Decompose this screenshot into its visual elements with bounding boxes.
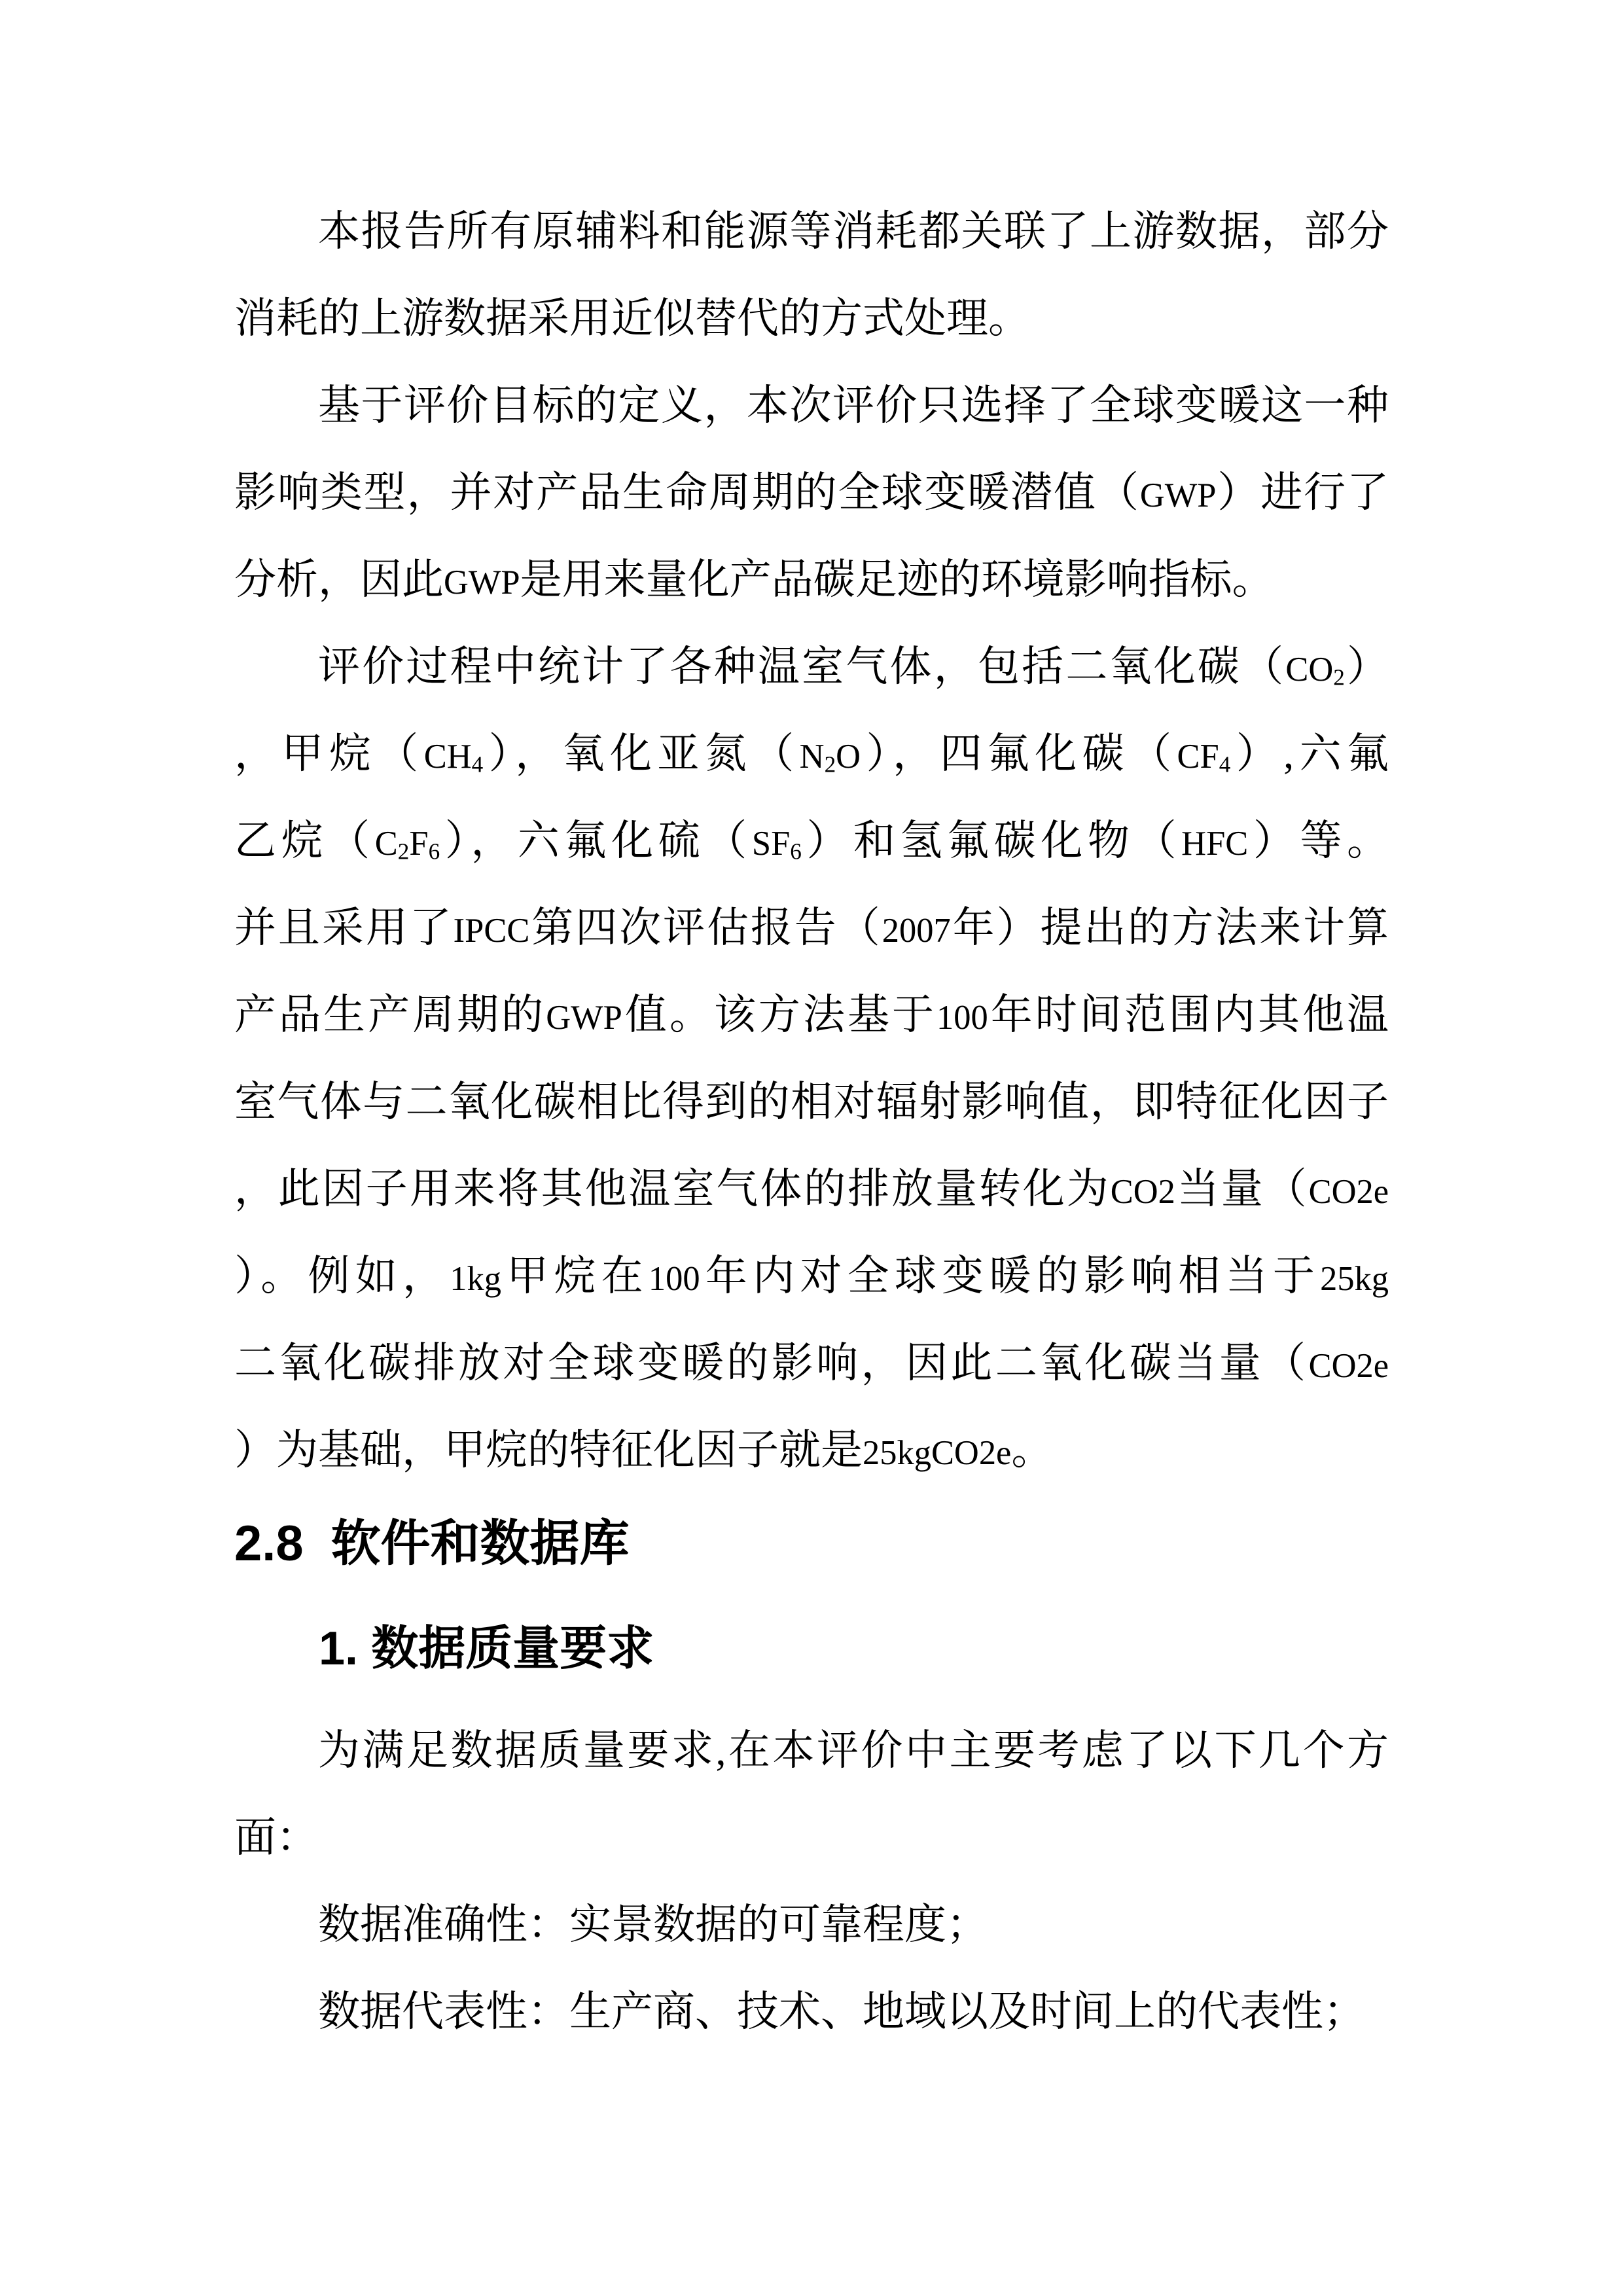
sub-heading-title: 数据质量要求: [371, 1623, 654, 1675]
text-line: 数据代表性：生产商、技术、地域以及时间上的代表性；: [234, 1968, 1389, 2055]
text-line: 数据准确性：实景数据的可靠程度；: [234, 1881, 1389, 1968]
text-line: 分析，因此GWP是用来量化产品碳足迹的环境影响指标。: [234, 536, 1389, 623]
text-line: ）。例如，1kg甲烷在100年内对全球变暖的影响相当于25kg: [234, 1232, 1389, 1319]
document-page: 本报告所有原辅料和能源等消耗都关联了上游数据，部分 消耗的上游数据采用近似替代的…: [0, 0, 1623, 2296]
text-line: 基于评价目标的定义，本次评价只选择了全球变暖这一种: [234, 362, 1389, 449]
paragraph: 数据准确性：实景数据的可靠程度；: [234, 1881, 1389, 1968]
text-line: 消耗的上游数据采用近似替代的方式处理。: [234, 275, 1389, 362]
text-line: 乙烷（C2F6），六氟化硫（SF6）和氢氟碳化物（HFC）等。: [234, 797, 1389, 884]
text-line: 影响类型，并对产品生命周期的全球变暖潜值（GWP）进行了: [234, 449, 1389, 536]
paragraph: 基于评价目标的定义，本次评价只选择了全球变暖这一种 影响类型，并对产品生命周期的…: [234, 362, 1389, 623]
section-heading: 2.8软件和数据库: [234, 1500, 1389, 1587]
text-line: ）为基础，甲烷的特征化因子就是25kgCO2e。: [234, 1407, 1389, 1494]
paragraph: 本报告所有原辅料和能源等消耗都关联了上游数据，部分 消耗的上游数据采用近似替代的…: [234, 188, 1389, 362]
document-body: 本报告所有原辅料和能源等消耗都关联了上游数据，部分 消耗的上游数据采用近似替代的…: [0, 0, 1623, 2055]
text-line: 二氧化碳排放对全球变暖的影响，因此二氧化碳当量（CO2e: [234, 1319, 1389, 1407]
sub-heading: 1.数据质量要求: [234, 1605, 1389, 1693]
text-line: ，甲烷（CH4），氧化亚氮（N2O），四氟化碳（CF4）,六氟: [234, 710, 1389, 797]
text-line: 本报告所有原辅料和能源等消耗都关联了上游数据，部分: [234, 188, 1389, 275]
sub-heading-number: 1.: [319, 1623, 358, 1675]
section-number: 2.8: [234, 1516, 304, 1571]
text-line: 并且采用了IPCC第四次评估报告（2007年）提出的方法来计算: [234, 884, 1389, 971]
text-line: 产品生产周期的GWP值。该方法基于100年时间范围内其他温: [234, 971, 1389, 1058]
paragraph: 评价过程中统计了各种温室气体，包括二氧化碳（CO2） ，甲烷（CH4），氧化亚氮…: [234, 623, 1389, 1494]
text-line: ，此因子用来将其他温室气体的排放量转化为CO2当量（CO2e: [234, 1145, 1389, 1232]
text-line: 为满足数据质量要求,在本评价中主要考虑了以下几个方: [234, 1707, 1389, 1794]
text-line: 室气体与二氧化碳相比得到的相对辐射影响值，即特征化因子: [234, 1058, 1389, 1145]
text-line: 评价过程中统计了各种温室气体，包括二氧化碳（CO2）: [234, 623, 1389, 710]
text-line: 面：: [234, 1794, 1389, 1881]
paragraph: 为满足数据质量要求,在本评价中主要考虑了以下几个方 面：: [234, 1707, 1389, 1881]
paragraph: 数据代表性：生产商、技术、地域以及时间上的代表性；: [234, 1968, 1389, 2055]
section-title: 软件和数据库: [330, 1516, 629, 1571]
